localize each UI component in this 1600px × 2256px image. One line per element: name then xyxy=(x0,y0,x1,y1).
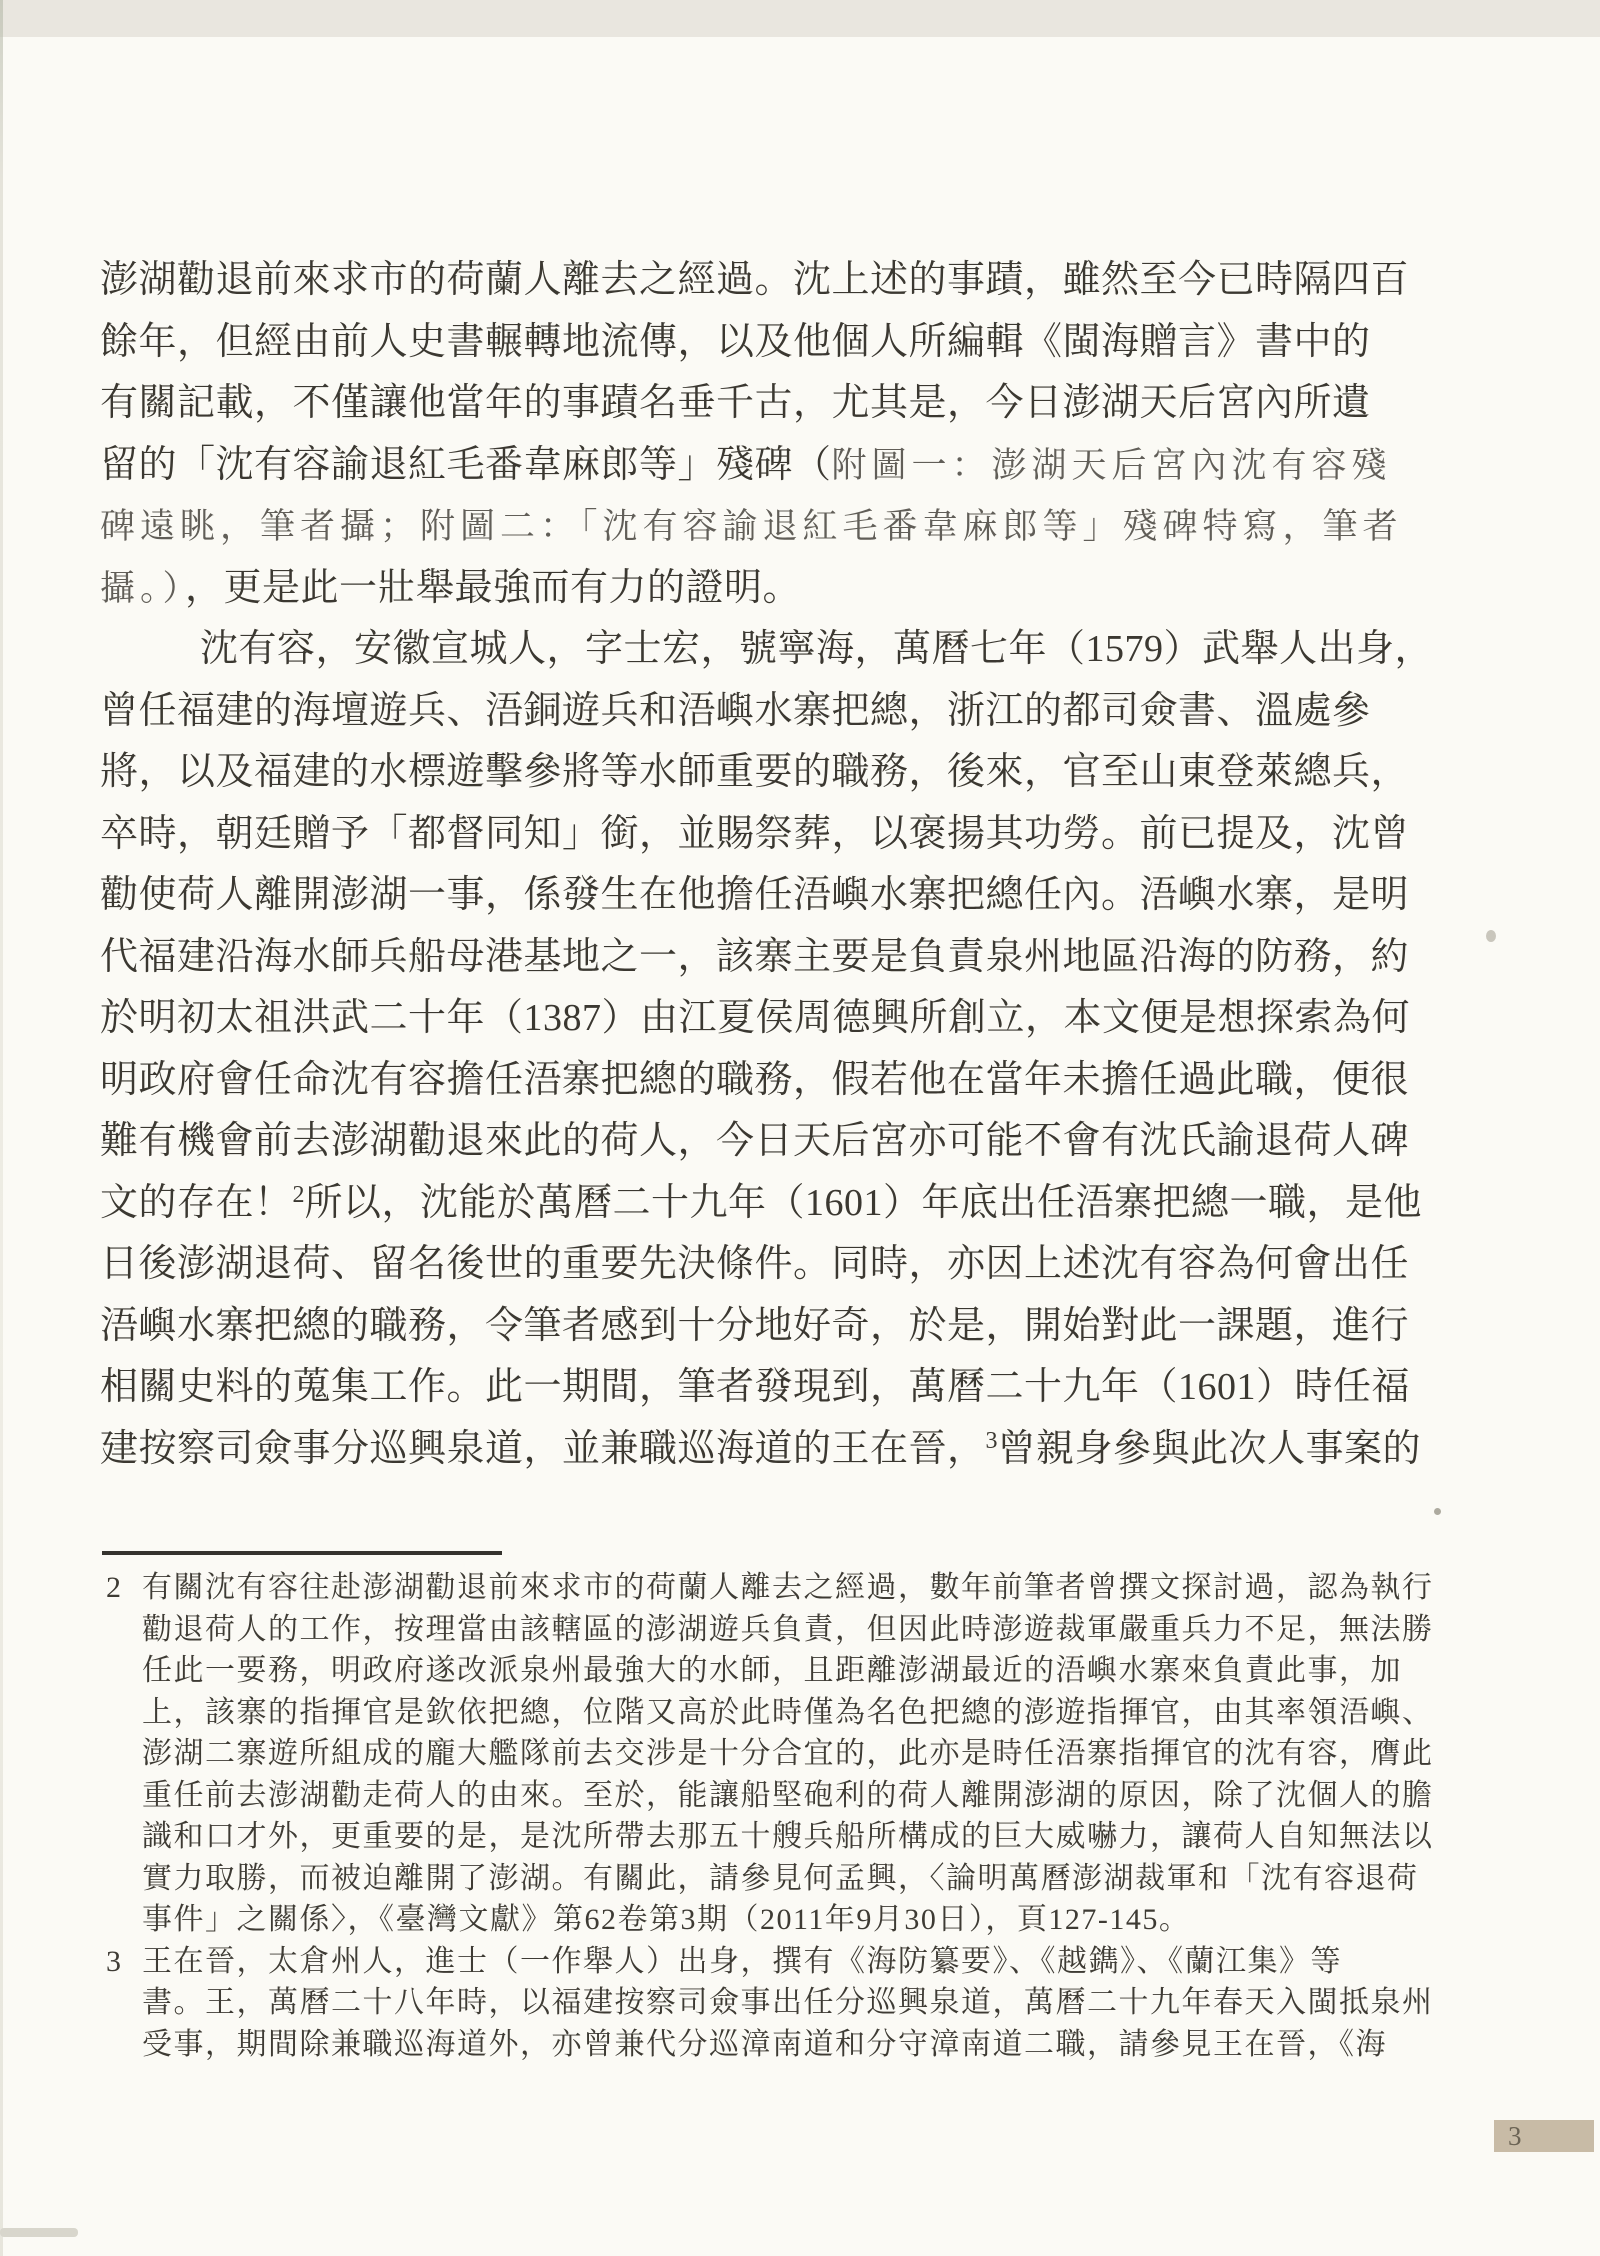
text-segment: 曾任福建的海壇遊兵、浯銅遊兵和浯嶼水寨把總，浙江的都司僉書、溫處參 xyxy=(100,690,1371,732)
text-segment: 難有機會前去澎湖勸退來此的荷人，今日天后宮亦可能不會有沈氏諭退荷人碑 xyxy=(100,1120,1409,1162)
body-text: 澎湖勸退前來求市的荷蘭人離去之經過。沈上述的事蹟，雖然至今已時隔四百餘年，但經由… xyxy=(100,250,1430,1480)
footnote-line: 有關沈有容往赴澎湖勸退前來求市的荷蘭人離去之經過，數年前筆者曾撰文探討過，認為執… xyxy=(142,1567,1458,1609)
footnote-line: 王在晉，太倉州人，進士（一作舉人）出身，撰有《海防纂要》、《越鐫》、《蘭江集》等 xyxy=(142,1941,1458,1983)
body-line: 澎湖勸退前來求市的荷蘭人離去之經過。沈上述的事蹟，雖然至今已時隔四百 xyxy=(100,250,1430,312)
text-segment: 將，以及福建的水標遊擊參將等水師重要的職務，後來，官至山東登萊總兵， xyxy=(100,751,1409,793)
footnote-line: 識和口才外，更重要的是，是沈所帶去那五十艘兵船所構成的巨大威嚇力，讓荷人自知無法… xyxy=(142,1816,1458,1858)
text-segment: 沈有容，安徽宣城人，字士宏，號寧海，萬曆七年（1579）武舉人出身， xyxy=(200,628,1433,670)
body-line: 文的存在！2所以，沈能於萬曆二十九年（1601）年底出任浯寨把總一職，是他 xyxy=(100,1173,1430,1235)
scan-top-band xyxy=(0,0,1600,37)
page-number: 3 xyxy=(1508,2121,1522,2151)
body-line: 勸使荷人離開澎湖一事，係發生在他擔任浯嶼水寨把總任內。浯嶼水寨，是明 xyxy=(100,865,1430,927)
text-segment: 日後澎湖退荷、留名後世的重要先決條件。同時，亦因上述沈有容為何會出任 xyxy=(100,1243,1409,1285)
body-line: 碑遠眺，筆者攝；附圖二：「沈有容諭退紅毛番韋麻郎等」殘碑特寫，筆者 xyxy=(100,496,1430,558)
scan-speck xyxy=(1434,1508,1441,1515)
footnote-2: 2有關沈有容往赴澎湖勸退前來求市的荷蘭人離去之經過，數年前筆者曾撰文探討過，認為… xyxy=(106,1567,1458,1941)
footnote-line: 實力取勝，而被迫離開了澎湖。有關此，請參見何孟興，〈論明萬曆澎湖裁軍和「沈有容退… xyxy=(142,1858,1458,1900)
text-segment: 攝。） xyxy=(100,569,185,608)
body-line: 攝。），更是此一壯舉最強而有力的證明。 xyxy=(100,558,1430,620)
footnote-separator xyxy=(102,1551,502,1555)
body-line: 將，以及福建的水標遊擊參將等水師重要的職務，後來，官至山東登萊總兵， xyxy=(100,742,1430,804)
footnote-marker: 3 xyxy=(106,1941,121,1983)
body-line: 於明初太祖洪武二十年（1387）由江夏侯周德興所創立，本文便是想探索為何 xyxy=(100,988,1430,1050)
body-line: 曾任福建的海壇遊兵、浯銅遊兵和浯嶼水寨把總，浙江的都司僉書、溫處參 xyxy=(100,681,1430,743)
scan-smudge xyxy=(0,2228,78,2237)
footnote-line: 事件」之關係〉，《臺灣文獻》第62卷第3期（2011年9月30日），頁127-1… xyxy=(142,1899,1458,1941)
text-segment: 浯嶼水寨把總的職務，令筆者感到十分地好奇，於是，開始對此一課題，進行 xyxy=(100,1305,1409,1347)
text-segment: 文的存在！ xyxy=(100,1182,293,1224)
footnote-line: 受事，期間除兼職巡海道外，亦曾兼代分巡漳南道和分守漳南道二職，請參見王在晉，《海 xyxy=(142,2024,1458,2066)
body-line: 相關史料的蒐集工作。此一期間，筆者發現到，萬曆二十九年（1601）時任福 xyxy=(100,1357,1430,1419)
footnote-line: 澎湖二寨遊所組成的龐大艦隊前去交涉是十分合宜的，此亦是時任浯寨指揮官的沈有容，膺… xyxy=(142,1733,1458,1775)
footnote-3: 3王在晉，太倉州人，進士（一作舉人）出身，撰有《海防纂要》、《越鐫》、《蘭江集》… xyxy=(106,1941,1458,2066)
footnote-line: 上，該寨的指揮官是欽依把總，位階又高於此時僅為名色把總的澎遊指揮官，由其率領浯嶼… xyxy=(142,1692,1458,1734)
scan-speck xyxy=(1486,930,1496,942)
footnote-ref: 2 xyxy=(293,1182,305,1208)
text-segment: 有關記載，不僅讓他當年的事蹟名垂千古，尤其是，今日澎湖天后宮內所遺 xyxy=(100,382,1371,424)
footnote-line: 任此一要務，明政府遂改派泉州最強大的水師，且距離澎湖最近的浯嶼水寨來負責此事，加 xyxy=(142,1650,1458,1692)
text-segment: 勸使荷人離開澎湖一事，係發生在他擔任浯嶼水寨把總任內。浯嶼水寨，是明 xyxy=(100,874,1409,916)
text-segment: 澎湖勸退前來求市的荷蘭人離去之經過。沈上述的事蹟，雖然至今已時隔四百 xyxy=(100,259,1409,301)
text-segment: 所以，沈能於萬曆二十九年（1601）年底出任浯寨把總一職，是他 xyxy=(305,1182,1423,1224)
page-number-badge: 3 xyxy=(1494,2120,1594,2152)
scan-left-edge xyxy=(0,0,3,2256)
text-segment: 代福建沿海水師兵船母港基地之一，該寨主要是負責泉州地區沿海的防務，約 xyxy=(100,936,1409,978)
text-segment: 餘年，但經由前人史書輾轉地流傳，以及他個人所編輯《閩海贈言》書中的 xyxy=(100,321,1371,363)
text-segment: 於明初太祖洪武二十年（1387）由江夏侯周德興所創立，本文便是想探索為何 xyxy=(100,997,1410,1039)
body-line: 建按察司僉事分巡興泉道，並兼職巡海道的王在晉，3曾親身參與此次人事案的 xyxy=(100,1419,1430,1481)
footnote-line: 勸退荷人的工作，按理當由該轄區的澎湖遊兵負責，但因此時澎遊裁軍嚴重兵力不足，無法… xyxy=(142,1609,1458,1651)
body-line: 沈有容，安徽宣城人，字士宏，號寧海，萬曆七年（1579）武舉人出身， xyxy=(100,619,1430,681)
footnote-line: 重任前去澎湖勸走荷人的由來。至於，能讓船堅砲利的荷人離開澎湖的原因，除了沈個人的… xyxy=(142,1775,1458,1817)
body-line: 代福建沿海水師兵船母港基地之一，該寨主要是負責泉州地區沿海的防務，約 xyxy=(100,927,1430,989)
body-line: 餘年，但經由前人史書輾轉地流傳，以及他個人所編輯《閩海贈言》書中的 xyxy=(100,312,1430,374)
text-segment: 留的「沈有容諭退紅毛番韋麻郎等」殘碑（ xyxy=(100,444,832,486)
body-line: 難有機會前去澎湖勸退來此的荷人，今日天后宮亦可能不會有沈氏諭退荷人碑 xyxy=(100,1111,1430,1173)
footnote-line: 書。王，萬曆二十八年時，以福建按察司僉事出任分巡興泉道，萬曆二十九年春天入閩抵泉… xyxy=(142,1982,1458,2024)
text-segment: 明政府會任命沈有容擔任浯寨把總的職務，假若他在當年未擔任過此職，便很 xyxy=(100,1059,1409,1101)
body-line: 日後澎湖退荷、留名後世的重要先決條件。同時，亦因上述沈有容為何會出任 xyxy=(100,1234,1430,1296)
text-segment: 附圖一：澎湖天后宮內沈有容殘 xyxy=(832,446,1392,485)
footnote-ref: 3 xyxy=(986,1428,998,1454)
body-line: 浯嶼水寨把總的職務，令筆者感到十分地好奇，於是，開始對此一課題，進行 xyxy=(100,1296,1430,1358)
text-segment: ，更是此一壯舉最強而有力的證明。 xyxy=(185,567,801,609)
text-segment: 建按察司僉事分巡興泉道，並兼職巡海道的王在晉， xyxy=(100,1428,986,1470)
body-line: 卒時，朝廷贈予「都督同知」銜，並賜祭葬，以褒揚其功勞。前已提及，沈曾 xyxy=(100,804,1430,866)
footnote-marker: 2 xyxy=(106,1567,121,1609)
footnotes: 2有關沈有容往赴澎湖勸退前來求市的荷蘭人離去之經過，數年前筆者曾撰文探討過，認為… xyxy=(106,1567,1458,2065)
document-page: 澎湖勸退前來求市的荷蘭人離去之經過。沈上述的事蹟，雖然至今已時隔四百餘年，但經由… xyxy=(0,0,1600,2256)
text-segment: 曾親身參與此次人事案的 xyxy=(998,1428,1422,1470)
text-segment: 碑遠眺，筆者攝；附圖二：「沈有容諭退紅毛番韋麻郎等」殘碑特寫，筆者 xyxy=(100,507,1403,546)
body-line: 有關記載，不僅讓他當年的事蹟名垂千古，尤其是，今日澎湖天后宮內所遺 xyxy=(100,373,1430,435)
body-line: 留的「沈有容諭退紅毛番韋麻郎等」殘碑（附圖一：澎湖天后宮內沈有容殘 xyxy=(100,435,1430,497)
text-segment: 卒時，朝廷贈予「都督同知」銜，並賜祭葬，以褒揚其功勞。前已提及，沈曾 xyxy=(100,813,1409,855)
body-line: 明政府會任命沈有容擔任浯寨把總的職務，假若他在當年未擔任過此職，便很 xyxy=(100,1050,1430,1112)
text-segment: 相關史料的蒐集工作。此一期間，筆者發現到，萬曆二十九年（1601）時任福 xyxy=(100,1366,1410,1408)
